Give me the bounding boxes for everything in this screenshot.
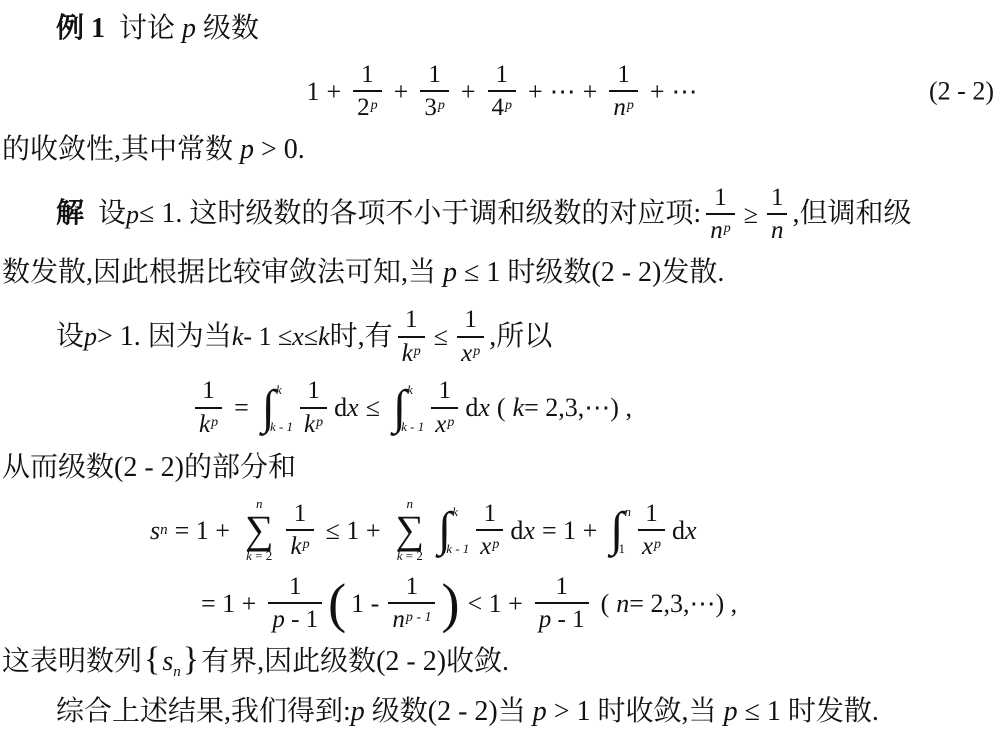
- integral: ∫ n 1: [610, 503, 631, 557]
- fraction-denominator: 4p: [488, 90, 517, 121]
- equals-run: = 1 +: [201, 586, 256, 621]
- den-rest: - 1: [551, 606, 584, 633]
- textbook-page: 例 1讨论 p 级数 1 + 1 2p + 1 3p + 1 4p + ⋯ + …: [0, 0, 1006, 755]
- bounded-conclusion-line: 这表明数列{sn}有界,因此级数(2 - 2)收敛.: [2, 643, 1002, 681]
- integral-lower-limit: k - 1: [446, 542, 469, 555]
- fraction-denominator: xp: [431, 407, 458, 438]
- fraction-numerator: 1: [424, 62, 445, 91]
- example-intro-post: 级数: [196, 13, 259, 44]
- integral-limits: k k - 1: [452, 503, 469, 557]
- text-run: ≤ 1 时发散.: [738, 696, 879, 727]
- brace-close: }: [183, 641, 199, 678]
- fraction-denominator: kp: [300, 407, 327, 438]
- geq-sign: ≥: [744, 197, 758, 232]
- fraction: 1 3p: [420, 62, 449, 121]
- base: x: [461, 340, 472, 367]
- fraction-denominator: np: [706, 213, 735, 244]
- divergence-line: 数发散,因此根据比较审敛法可知,当 p ≤ 1 时级数(2 - 2)发散.: [2, 254, 1002, 292]
- index-start: = 2: [252, 548, 272, 563]
- less-than-run: < 1 +: [467, 586, 522, 621]
- integral-upper-limit: k: [276, 383, 282, 396]
- base: k: [199, 411, 210, 438]
- plus-sign: +: [394, 74, 409, 109]
- integral-comparison-formula: 1 kp = ∫ k k - 1 1 kp dx ≤ ∫ k k - 1 1 x…: [190, 378, 1002, 437]
- fraction-numerator: 1: [285, 574, 306, 603]
- leq-run: ≤ 1 +: [326, 513, 381, 548]
- base: n: [392, 606, 405, 633]
- index-range: = 2,3,⋯) ,: [524, 390, 632, 425]
- differential-d: d: [510, 513, 523, 548]
- plus-sign: +: [461, 74, 476, 109]
- exponent: p: [724, 221, 731, 236]
- differential-d: d: [465, 390, 478, 425]
- fraction-numerator: 1: [198, 378, 219, 407]
- variable-p: p: [539, 606, 552, 633]
- summation-sign: ∑: [396, 511, 425, 549]
- exponent: p - 1: [406, 610, 432, 625]
- fraction-denominator: p - 1: [268, 602, 322, 633]
- base: 3: [424, 94, 437, 121]
- fraction-numerator: 1: [480, 501, 501, 530]
- text-run: 的收敛性,其中常数: [2, 134, 240, 165]
- integral-limits: k k - 1: [276, 381, 293, 435]
- variable-x: x: [523, 513, 535, 548]
- variable-s: s: [150, 513, 160, 548]
- fraction: 1 xp: [476, 501, 503, 560]
- variable-p: p: [272, 606, 285, 633]
- example-intro-pre: 讨论: [119, 13, 182, 44]
- fraction-numerator: 1: [613, 62, 634, 91]
- exponent-variable: p: [406, 610, 413, 625]
- fraction: 1 kp: [300, 378, 327, 437]
- exponent: p: [492, 537, 499, 552]
- text-run: > 1. 因为当: [97, 318, 232, 356]
- summation: n ∑ k = 2: [245, 497, 274, 564]
- fraction: 1 4p: [488, 62, 517, 121]
- fraction-numerator: 1: [710, 185, 731, 214]
- summation-sign: ∑: [245, 511, 274, 549]
- fraction-numerator: 1: [303, 378, 324, 407]
- variable-k: k: [513, 390, 525, 425]
- integral: ∫ k k - 1: [393, 381, 424, 435]
- partial-sum-intro-line: 从而级数(2 - 2)的部分和: [2, 449, 1002, 487]
- variable-p: p: [724, 696, 738, 727]
- exponent: p: [654, 537, 661, 552]
- base: x: [480, 533, 491, 560]
- integral-upper-limit: k: [407, 383, 413, 396]
- variable-p: p: [240, 134, 254, 165]
- exponent: p: [505, 98, 512, 113]
- exponent: p: [438, 98, 445, 113]
- exponent: p: [627, 98, 634, 113]
- base: x: [435, 411, 446, 438]
- fraction-denominator: 2p: [353, 90, 382, 121]
- example-label: 例 1: [56, 13, 105, 44]
- variable-p: p: [182, 13, 196, 44]
- summation: n ∑ k = 2: [396, 497, 425, 564]
- integral-lower-limit: k - 1: [401, 420, 424, 433]
- fraction-numerator: 1: [460, 307, 481, 336]
- exponent: p: [303, 537, 310, 552]
- fraction: 1 xp: [638, 501, 665, 560]
- variable-p: p: [443, 257, 457, 288]
- sum-lower-limit: k = 2: [246, 549, 272, 563]
- fraction-numerator: 1: [551, 574, 572, 603]
- fraction: 1 np - 1: [388, 574, 435, 633]
- paren-open: (: [497, 390, 506, 425]
- integral: ∫ k k - 1: [262, 381, 293, 435]
- fraction-denominator: kp: [398, 336, 425, 367]
- fraction-denominator: kp: [286, 529, 313, 560]
- text-run: > 0.: [254, 134, 305, 165]
- fraction-denominator: kp: [195, 407, 222, 438]
- fraction: 1 np: [706, 185, 735, 244]
- equals-run: = 1 +: [542, 513, 597, 548]
- plus-sign: +: [326, 74, 341, 109]
- text-run: ≤ 1 时级数(2 - 2)发散.: [457, 257, 724, 288]
- equals-sign: =: [234, 390, 249, 425]
- leq-sign: ≤: [366, 390, 380, 425]
- exponent: p: [211, 415, 218, 430]
- fraction-denominator: 3p: [420, 90, 449, 121]
- variable-x: x: [478, 390, 490, 425]
- solution-line-1: 解 设 p ≤ 1. 这时级数的各项不小于调和级数的对应项: 1 np ≥ 1 …: [2, 185, 1002, 244]
- index-range: = 2,3,⋯) ,: [629, 586, 737, 621]
- fraction: 1 kp: [398, 307, 425, 366]
- fraction-denominator: xp: [457, 336, 484, 367]
- fraction: 1 n: [767, 185, 788, 244]
- differential-d: d: [334, 390, 347, 425]
- variable-p: p: [84, 319, 97, 354]
- final-conclusion-line: 综合上述结果,我们得到:p 级数(2 - 2)当 p > 1 时收敛,当 p ≤…: [2, 693, 1002, 731]
- text-run: > 1 时收敛,当: [547, 696, 724, 727]
- plus-sign: +: [650, 74, 665, 109]
- equation-number: (2 - 2): [929, 74, 994, 109]
- convergence-line: 的收敛性,其中常数 p > 0.: [2, 131, 1002, 169]
- base: 2: [357, 94, 370, 121]
- text-run: 数发散,因此根据比较审敛法可知,当: [2, 257, 443, 288]
- exponent: p: [473, 344, 480, 359]
- text-run: 这表明数列: [2, 646, 142, 677]
- variable-x: x: [347, 390, 359, 425]
- exponent: p: [447, 415, 454, 430]
- fraction-numerator: 1: [402, 574, 423, 603]
- paren-open: (: [601, 586, 610, 621]
- fraction-numerator: 1: [492, 62, 513, 91]
- exponent: p: [414, 344, 421, 359]
- text-run: 级数(2 - 2)当: [365, 696, 533, 727]
- text-run: ,但调和级: [792, 195, 911, 233]
- variable-s: s: [162, 646, 173, 677]
- base: 4: [492, 94, 505, 121]
- base: k: [304, 411, 315, 438]
- variable-x: x: [292, 319, 304, 354]
- text-run: 设: [98, 195, 126, 233]
- variable-x: x: [685, 513, 697, 548]
- plus-sign: +: [528, 74, 543, 109]
- fraction-denominator: np - 1: [388, 602, 435, 633]
- integral-lower-limit: k - 1: [270, 420, 293, 433]
- plus-sign: +: [583, 74, 598, 109]
- den-rest: - 1: [285, 606, 318, 633]
- fraction-numerator: 1: [767, 185, 788, 214]
- fraction-denominator: p - 1: [535, 602, 589, 633]
- variable-p: p: [533, 696, 547, 727]
- fraction-numerator: 1: [435, 378, 456, 407]
- text-run: ≤: [304, 319, 318, 354]
- integral-limits: n 1: [624, 503, 631, 557]
- brace-open: {: [144, 641, 160, 678]
- fraction: 1 kp: [286, 501, 313, 560]
- exponent: p: [316, 415, 323, 430]
- sum-lower-limit: k = 2: [397, 549, 423, 563]
- integral: ∫ k k - 1: [438, 503, 469, 557]
- partial-sum-formula: sn = 1 + n ∑ k = 2 1 kp ≤ 1 + n ∑ k = 2 …: [150, 497, 1002, 564]
- exponent-rest: - 1: [413, 610, 432, 625]
- integral-limits: k k - 1: [407, 381, 424, 435]
- cdots: ⋯: [672, 74, 698, 109]
- fraction-denominator: np: [609, 90, 638, 121]
- math-term: 1: [306, 74, 319, 109]
- base: k: [402, 340, 413, 367]
- text-run: 有界,因此级数(2 - 2)收敛.: [201, 646, 509, 677]
- text-run: ≤ 1. 这时级数的各项不小于调和级数的对应项:: [139, 195, 701, 233]
- fraction: 1 np: [609, 62, 638, 121]
- fraction: 1 xp: [457, 307, 484, 366]
- fraction: 1 p - 1: [535, 574, 589, 633]
- variable-p: p: [126, 197, 139, 232]
- variable-n: n: [616, 586, 629, 621]
- index-start: = 2: [402, 548, 422, 563]
- fraction-numerator: 1: [401, 307, 422, 336]
- variable-k: k: [232, 319, 244, 354]
- exponent: p: [371, 98, 378, 113]
- leq-sign: ≤: [434, 319, 448, 354]
- solution-label: 解: [56, 195, 84, 233]
- case-p-gt-1-line: 设 p > 1. 因为当 k - 1 ≤ x ≤ k 时,有 1 kp ≤ 1 …: [2, 307, 1002, 366]
- fraction-denominator: xp: [476, 529, 503, 560]
- variable-k: k: [318, 319, 330, 354]
- base: x: [642, 533, 653, 560]
- fraction: 1 kp: [195, 378, 222, 437]
- text-run: 综合上述结果,我们得到:: [56, 696, 351, 727]
- base: k: [290, 533, 301, 560]
- text-run: - 1 ≤: [243, 319, 292, 354]
- fraction: 1 xp: [431, 378, 458, 437]
- cdots: ⋯: [550, 74, 576, 109]
- fraction-numerator: 1: [357, 62, 378, 91]
- integral-upper-limit: n: [624, 505, 631, 518]
- inner-run: 1 -: [351, 586, 379, 621]
- fraction-numerator: 1: [290, 501, 311, 530]
- variable-p: p: [351, 696, 365, 727]
- base: n: [613, 94, 626, 121]
- subscript-n: n: [173, 664, 181, 680]
- differential-d: d: [672, 513, 685, 548]
- bound-evaluation-formula: = 1 + 1 p - 1 ( 1 - 1 np - 1 ) < 1 + 1 p…: [194, 574, 1002, 633]
- text-run: 设: [56, 318, 84, 356]
- p-series-formula: 1 + 1 2p + 1 3p + 1 4p + ⋯ + 1 np + ⋯ (2…: [2, 62, 1002, 121]
- equals-run: = 1 +: [175, 513, 230, 548]
- text-run: 时,有: [330, 318, 393, 356]
- integral-lower-limit: 1: [618, 542, 625, 555]
- fraction-denominator: xp: [638, 529, 665, 560]
- fraction: 1 p - 1: [268, 574, 322, 633]
- fraction-numerator: 1: [641, 501, 662, 530]
- example-heading: 例 1讨论 p 级数: [2, 10, 1002, 48]
- fraction: 1 2p: [353, 62, 382, 121]
- fraction-denominator: n: [767, 213, 788, 244]
- base: n: [710, 217, 723, 244]
- text-run: ,所以: [489, 318, 552, 356]
- integral-upper-limit: k: [452, 505, 458, 518]
